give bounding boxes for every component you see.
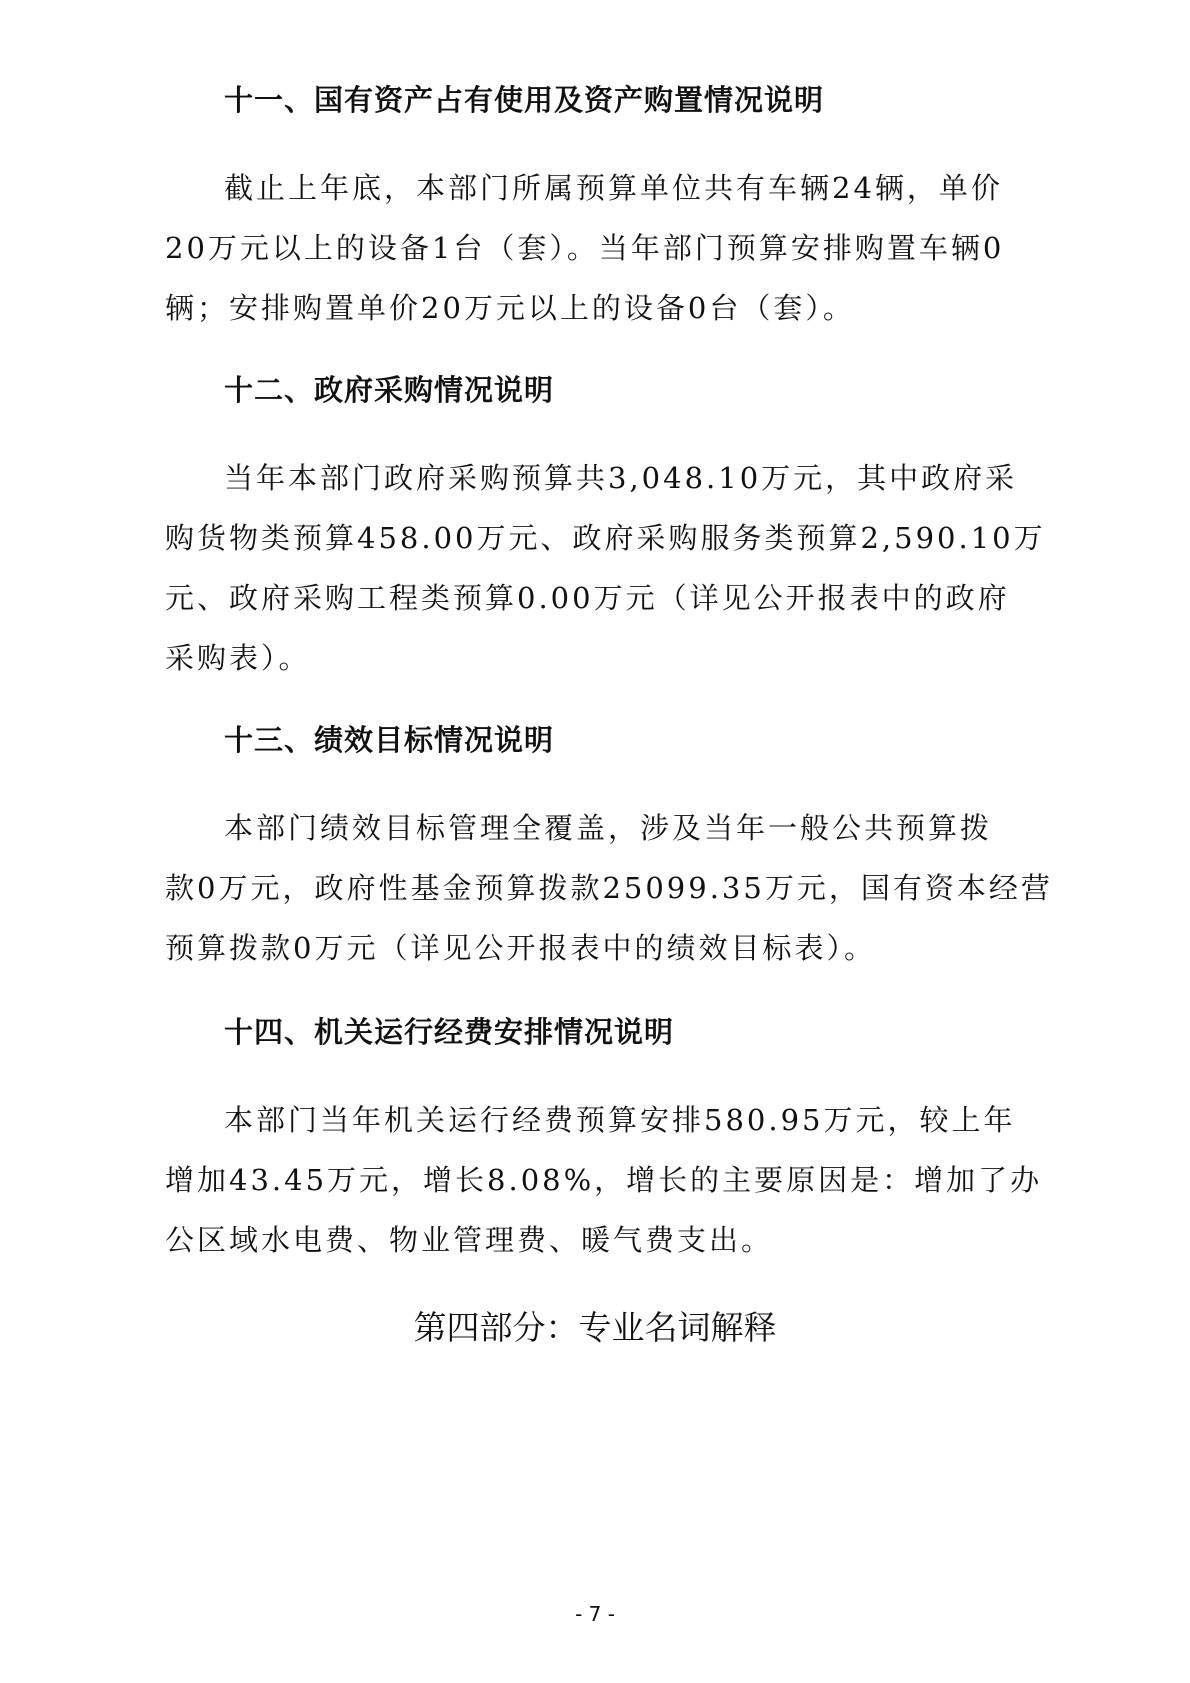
- paragraph-line: 款0万元，政府性基金预算拨款25099.35万元，国有资本经营: [165, 866, 985, 907]
- page-number: - 7 -: [0, 1602, 1190, 1626]
- paragraph-line: 预算拨款0万元（详见公开报表中的绩效目标表）。: [165, 926, 985, 967]
- paragraph-line: 20万元以上的设备1台（套）。当年部门预算安排购置车辆0: [165, 226, 985, 267]
- paragraph-line: 增加43.45万元，增长8.08%，增长的主要原因是：增加了办: [165, 1158, 985, 1199]
- section-heading-performance: 十三、绩效目标情况说明: [224, 718, 554, 759]
- paragraph-line: 公区域水电费、物业管理费、暖气费支出。: [165, 1218, 985, 1259]
- part-title: 第四部分：专业名词解释: [0, 1302, 1190, 1349]
- paragraph-line: 辆；安排购置单价20万元以上的设备0台（套）。: [165, 286, 985, 327]
- section-heading-operating-costs: 十四、机关运行经费安排情况说明: [224, 1010, 674, 1051]
- paragraph-line: 购货物类预算458.00万元、政府采购服务类预算2,590.10万: [165, 516, 985, 557]
- paragraph-line: 本部门当年机关运行经费预算安排580.95万元，较上年: [224, 1098, 985, 1139]
- paragraph-line: 当年本部门政府采购预算共3,048.10万元，其中政府采: [224, 456, 985, 497]
- paragraph-line: 元、政府采购工程类预算0.00万元（详见公开报表中的政府: [165, 576, 985, 617]
- document-page: 十一、国有资产占有使用及资产购置情况说明 截止上年底，本部门所属预算单位共有车辆…: [0, 0, 1190, 1683]
- section-heading-assets: 十一、国有资产占有使用及资产购置情况说明: [224, 78, 824, 119]
- paragraph-line: 本部门绩效目标管理全覆盖，涉及当年一般公共预算拨: [224, 806, 985, 847]
- paragraph-line: 采购表）。: [165, 636, 985, 677]
- section-heading-procurement: 十二、政府采购情况说明: [224, 368, 554, 409]
- paragraph-line: 截止上年底，本部门所属预算单位共有车辆24辆，单价: [224, 166, 985, 207]
